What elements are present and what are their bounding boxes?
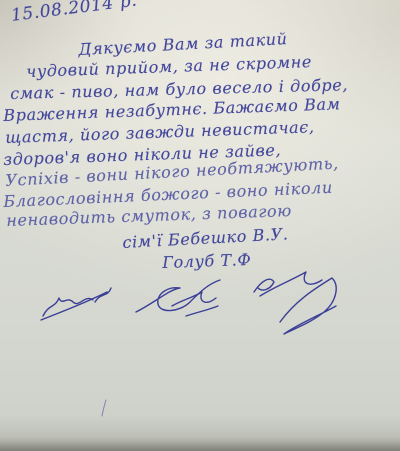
signature-2 <box>128 272 243 327</box>
date-line: 15.08.2014 р. <box>10 0 138 26</box>
pen-mark <box>98 398 112 418</box>
handwritten-line-11: Голуб Т.Ф <box>162 250 252 272</box>
photo-bottom-shadow <box>0 437 400 451</box>
handwritten-line-10: сім'ї Бебешко В.У. <box>122 224 289 252</box>
signature-3 <box>240 262 360 347</box>
signature-1 <box>35 278 120 326</box>
handwritten-note-photo: 15.08.2014 р. Дякуємо Вам за такий чудов… <box>0 0 400 451</box>
